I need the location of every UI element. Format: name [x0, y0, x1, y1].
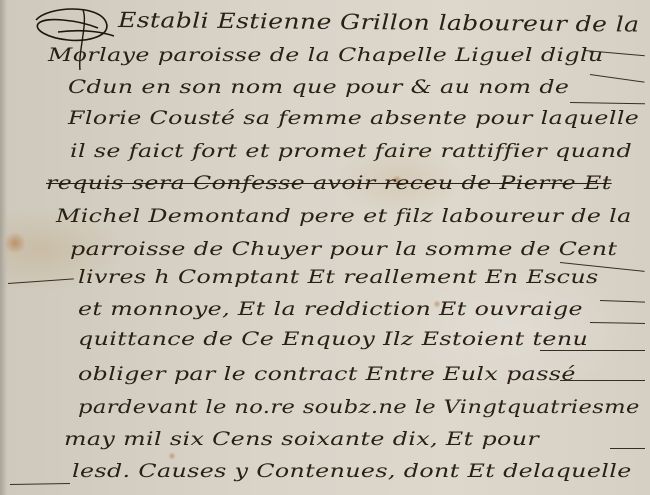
manuscript-line: requis sera Confesse avoir receu de Pier… [46, 172, 612, 194]
manuscript-line: et monnoye, Et la reddiction Et ouvraige [78, 298, 583, 320]
ink-stain [4, 232, 26, 254]
manuscript-page: Establi Estienne Grillon laboureur de la… [0, 0, 650, 495]
manuscript-line: Morlaye paroisse de la Chapelle Liguel d… [48, 44, 604, 66]
manuscript-line: quittance de Ce Enquoy Ilz Estoient tenu [78, 328, 588, 350]
margin-rule [10, 483, 70, 485]
line-filler-rule [600, 300, 645, 303]
manuscript-line: Cdun en son nom que pour & au nom de [68, 76, 569, 98]
manuscript-line: lesd. Causes y Contenues, dont Et delaqu… [72, 460, 632, 482]
manuscript-line: Florie Cousté sa femme absente pour laqu… [68, 107, 639, 129]
manuscript-line: parroisse de Chuyer pour la somme de Cen… [70, 238, 617, 260]
ink-stain [168, 452, 176, 460]
manuscript-line: pardevant le no.re soubz.ne le Vingtquat… [78, 396, 640, 418]
manuscript-line: may mil six Cens soixante dix, Et pour [64, 428, 539, 450]
line-filler-rule [610, 448, 645, 449]
manuscript-line: Michel Demontand pere et filz laboureur … [56, 205, 632, 227]
line-filler-rule [570, 102, 645, 104]
line-filler-rule [590, 322, 645, 324]
manuscript-line: obliger par le contract Entre Eulx passé [78, 363, 576, 385]
margin-bracket-rule [8, 278, 74, 284]
manuscript-line: il se faict fort et promet faire rattiff… [70, 140, 632, 162]
line-filler-rule [590, 74, 645, 83]
line-filler-rule [540, 350, 645, 351]
line-filler-rule [560, 380, 645, 381]
manuscript-line: Establi Estienne Grillon laboureur de la [118, 8, 640, 37]
manuscript-line: livres h Comptant Et reallement En Escus [78, 266, 599, 288]
